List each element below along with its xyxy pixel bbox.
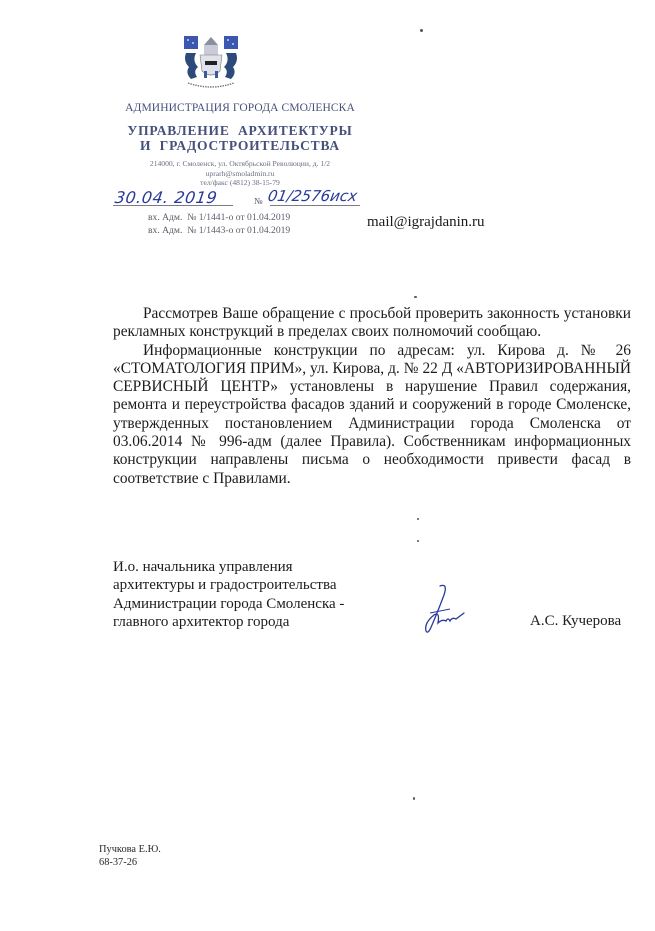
outgoing-number: 01/2576исх xyxy=(266,187,358,205)
department-line-1: УПРАВЛЕНИЕ АРХИТЕКТУРЫ xyxy=(105,123,375,138)
scan-speck xyxy=(420,29,423,32)
executor-phone: 68-37-26 xyxy=(99,857,161,870)
org-email: uprarh@smoladmin.ru xyxy=(105,169,375,179)
scan-speck xyxy=(414,296,417,298)
executor-info: Пучкова Е.Ю. 68-37-26 xyxy=(99,844,161,869)
org-address: 214000, г. Смоленск, ул. Октябрьской Рев… xyxy=(105,159,375,169)
incoming-references: вх. Адм. № 1/1441-о от 01.04.2019 вх. Ад… xyxy=(148,212,290,237)
number-label: № xyxy=(254,196,263,206)
signer-name: А.С. Кучерова xyxy=(530,613,621,630)
handwritten-signature-icon xyxy=(420,583,470,638)
incoming-ref-1: вх. Адм. № 1/1441-о от 01.04.2019 xyxy=(148,212,290,225)
position-line-4: главного архитектор города xyxy=(113,613,344,631)
org-contacts: 214000, г. Смоленск, ул. Октябрьской Рев… xyxy=(105,159,375,188)
department-name: УПРАВЛЕНИЕ АРХИТЕКТУРЫ И ГРАДОСТРОИТЕЛЬС… xyxy=(105,123,375,153)
letter-body: Рассмотрев Ваше обращение с просьбой про… xyxy=(113,305,631,488)
executor-name: Пучкова Е.Ю. xyxy=(99,844,161,857)
date-underline xyxy=(113,205,233,206)
org-name: АДМИНИСТРАЦИЯ ГОРОДА СМОЛЕНСКА xyxy=(105,102,375,114)
scan-speck xyxy=(413,797,415,800)
position-line-2: архитектуры и градостроительства xyxy=(113,576,344,594)
position-line-1: И.о. начальника управления xyxy=(113,558,344,576)
scan-speck xyxy=(417,518,419,520)
signatory-position: И.о. начальника управления архитектуры и… xyxy=(113,558,344,631)
number-underline xyxy=(270,205,360,206)
scan-speck xyxy=(417,540,419,542)
position-line-3: Администрации города Смоленска - xyxy=(113,595,344,613)
body-paragraph-2: Информационные конструкции по адресам: у… xyxy=(113,342,631,488)
incoming-ref-2: вх. Адм. № 1/1443-о от 01.04.2019 xyxy=(148,225,290,238)
recipient-email: mail@igrajdanin.ru xyxy=(367,214,485,231)
body-paragraph-1: Рассмотрев Ваше обращение с просьбой про… xyxy=(113,305,631,342)
smolensk-coat-of-arms-icon xyxy=(180,33,242,93)
department-line-2: И ГРАДОСТРОИТЕЛЬСТВА xyxy=(105,138,375,153)
